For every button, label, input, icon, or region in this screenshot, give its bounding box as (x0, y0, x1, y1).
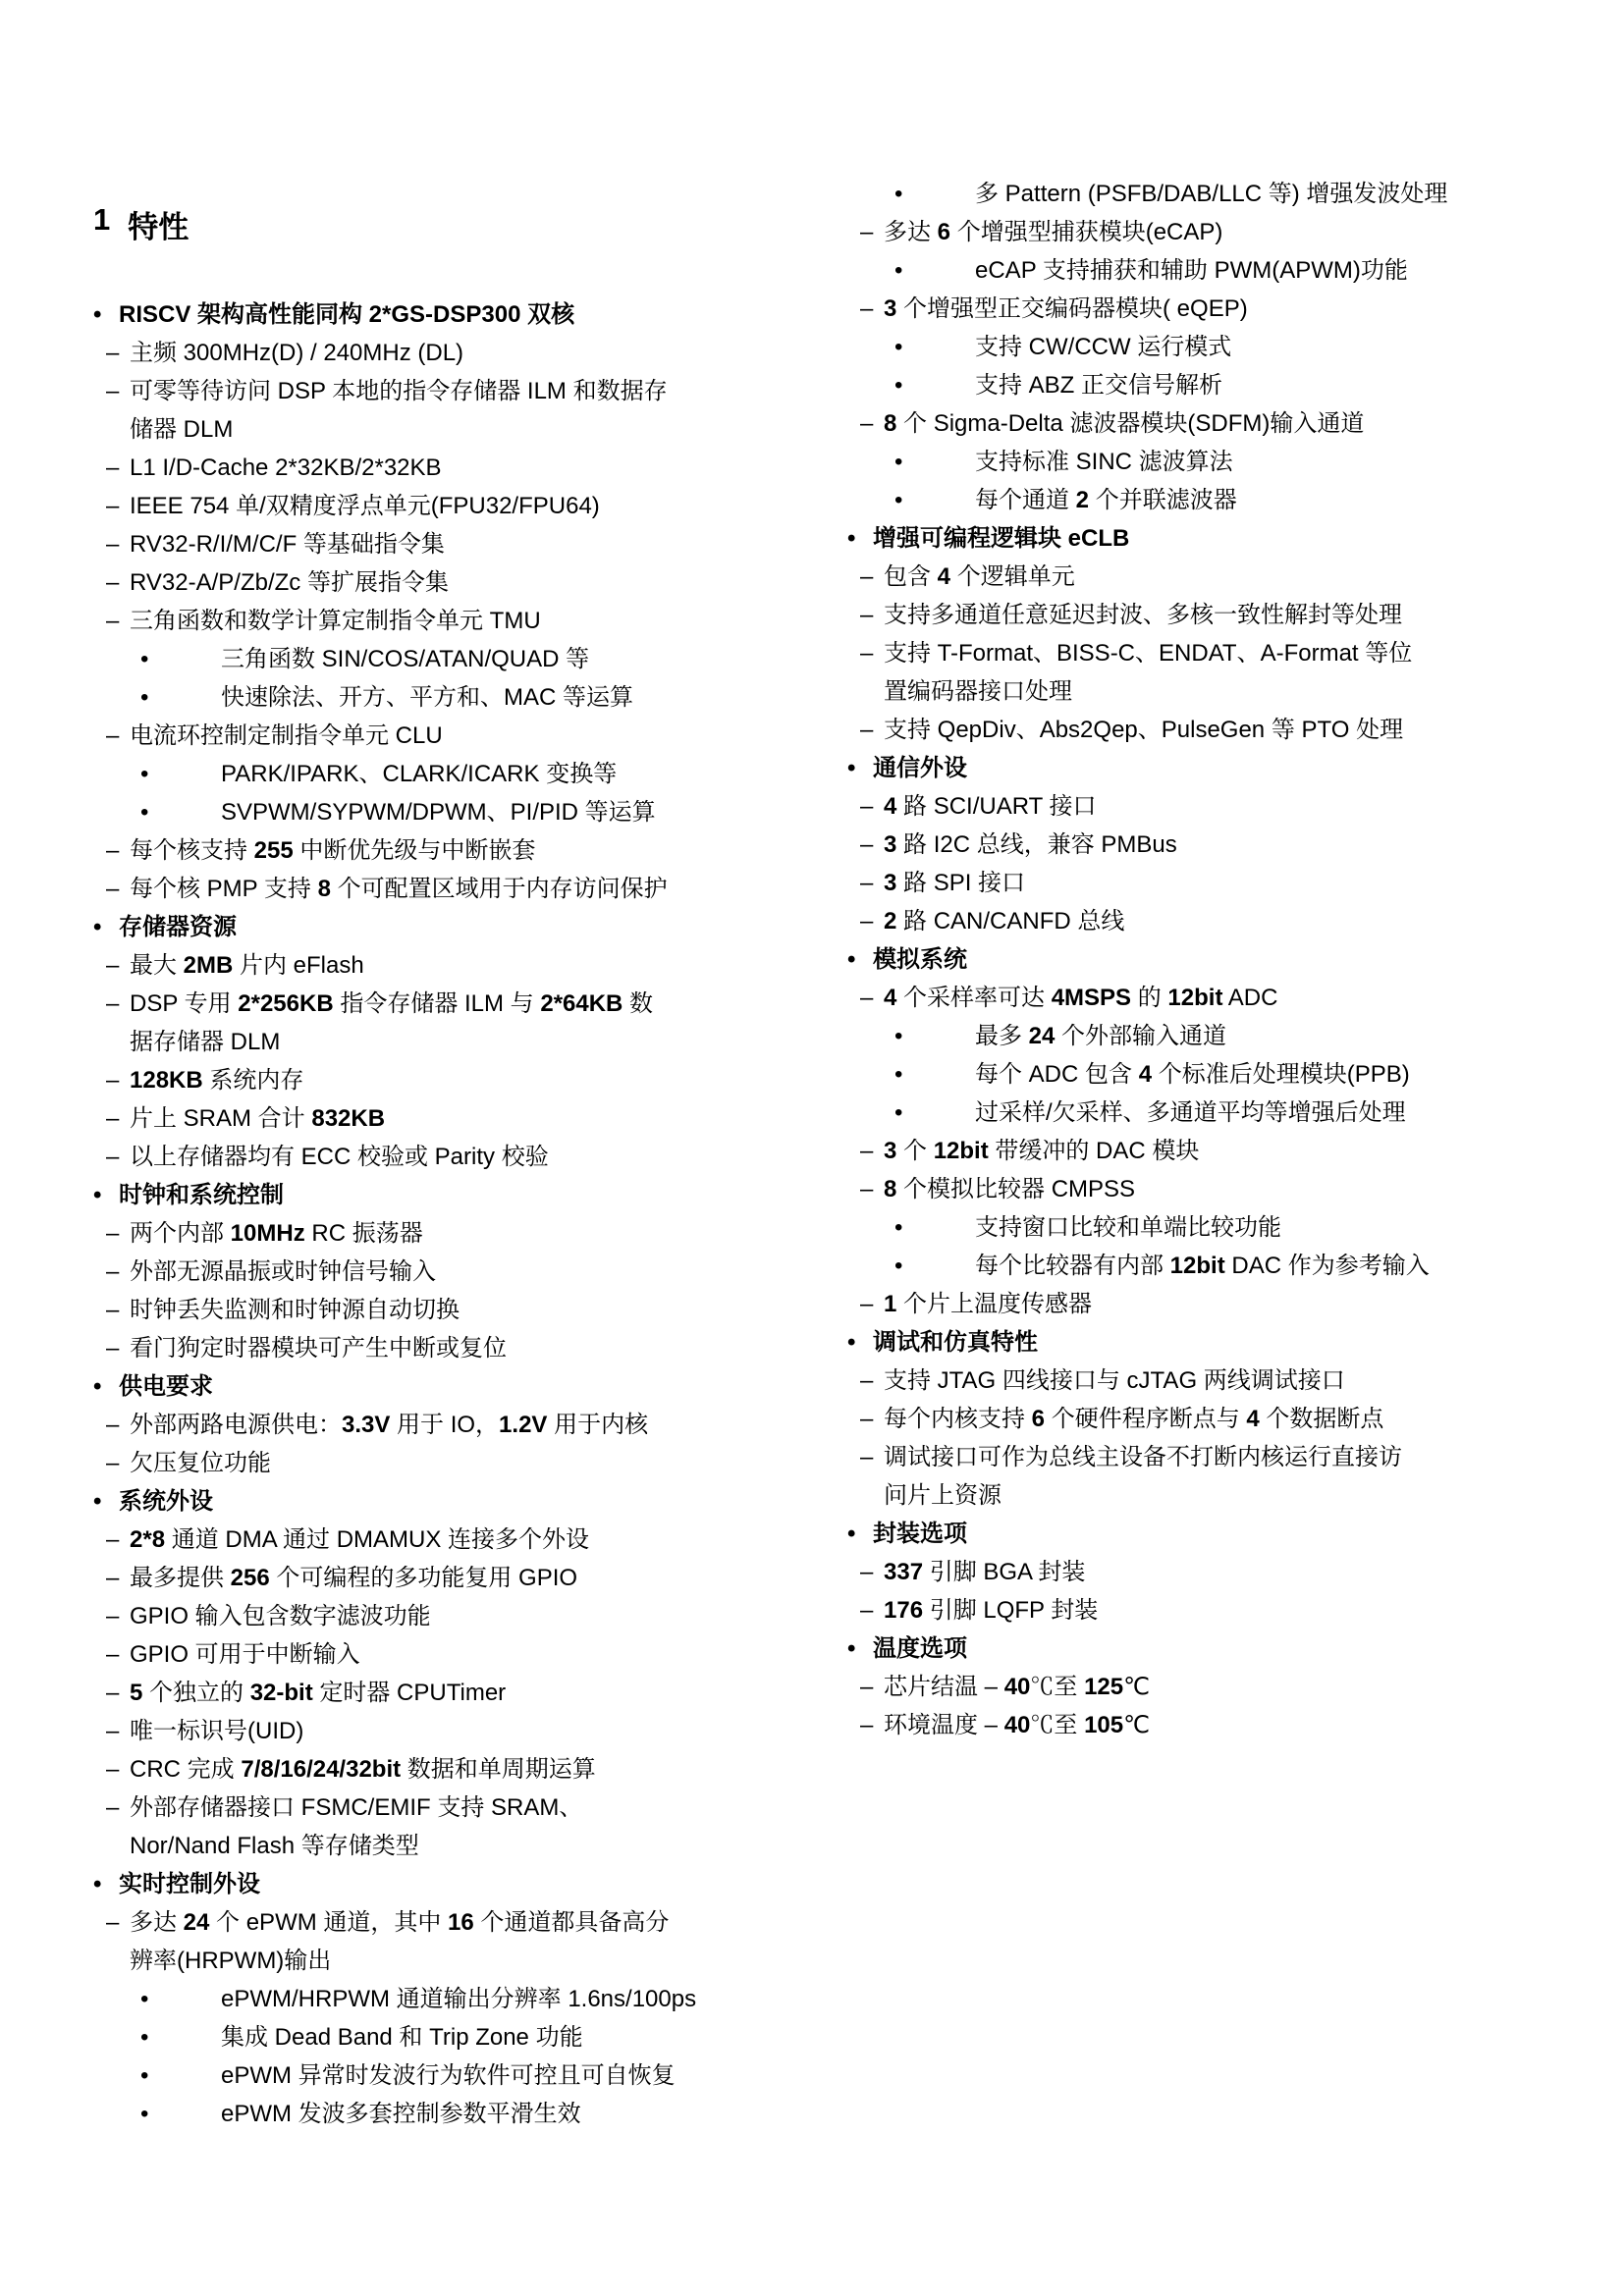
feature-text: RV32-R/I/M/C/F 等基础指令集 (130, 525, 445, 563)
dash-marker: – (106, 1138, 130, 1176)
feature-item: –多达 24 个 ePWM 通道，其中 16 个通道都具备高分 辨率(HRPWM… (93, 1903, 710, 1980)
bullet-marker: • (93, 1482, 119, 1521)
feature-item: –4 个采样率可达 4MSPS 的 12bit ADC (847, 979, 1541, 1017)
feature-item: –可零等待访问 DSP 本地的指令存储器 ILM 和数据存 储器 DLM (93, 372, 710, 449)
bullet-marker: • (847, 749, 873, 787)
feature-item: –337 引脚 BGA 封装 (847, 1553, 1541, 1591)
bullet-marker: • (894, 251, 975, 290)
feature-text: 看门狗定时器模块可产生中断或复位 (130, 1329, 507, 1367)
feature-item: •过采样/欠采样、多通道平均等增强后处理 (847, 1094, 1541, 1132)
feature-item: •支持标准 SINC 滤波算法 (847, 443, 1541, 481)
feature-item: •系统外设 (93, 1482, 710, 1521)
bullet-marker: • (93, 295, 119, 334)
feature-item: •集成 Dead Band 和 Trip Zone 功能 (93, 2018, 710, 2056)
feature-item: –以上存储器均有 ECC 校验或 Parity 校验 (93, 1138, 710, 1176)
feature-item: –两个内部 10MHz RC 振荡器 (93, 1214, 710, 1253)
feature-item: –CRC 完成 7/8/16/24/32bit 数据和单周期运算 (93, 1750, 710, 1789)
dash-marker: – (106, 602, 130, 640)
dash-marker: – (106, 1521, 130, 1559)
dash-marker: – (106, 1635, 130, 1674)
bullet-marker: • (93, 1176, 119, 1214)
feature-text: 模拟系统 (873, 940, 967, 979)
feature-item: –时钟丢失监测和时钟源自动切换 (93, 1291, 710, 1329)
feature-item: –GPIO 可用于中断输入 (93, 1635, 710, 1674)
feature-text: CRC 完成 7/8/16/24/32bit 数据和单周期运算 (130, 1750, 596, 1789)
bullet-marker: • (140, 2095, 221, 2133)
feature-item: •供电要求 (93, 1367, 710, 1406)
feature-text: 包含 4 个逻辑单元 (884, 558, 1075, 596)
dash-marker: – (860, 1132, 884, 1170)
feature-item: •每个 ADC 包含 4 个标准后处理模块(PPB) (847, 1055, 1541, 1094)
feature-text: 片上 SRAM 合计 832KB (130, 1099, 385, 1138)
bullet-marker: • (140, 678, 221, 717)
feature-text: ePWM/HRPWM 通道输出分辨率 1.6ns/100ps (221, 1980, 696, 2018)
feature-item: –支持多通道任意延迟封波、多核一致性解封等处理 (847, 596, 1541, 634)
feature-item: –128KB 系统内存 (93, 1061, 710, 1099)
feature-text: 多达 24 个 ePWM 通道，其中 16 个通道都具备高分 辨率(HRPWM)… (130, 1903, 669, 1980)
feature-item: –每个内核支持 6 个硬件程序断点与 4 个数据断点 (847, 1400, 1541, 1438)
feature-item: –三角函数和数学计算定制指令单元 TMU (93, 602, 710, 640)
dash-marker: – (860, 787, 884, 826)
dash-marker: – (860, 1591, 884, 1629)
dash-marker: – (106, 334, 130, 372)
feature-text: 欠压复位功能 (130, 1444, 271, 1482)
feature-item: •每个通道 2 个并联滤波器 (847, 481, 1541, 519)
feature-text: 最多提供 256 个可编程的多功能复用 GPIO (130, 1559, 577, 1597)
feature-text: 176 引脚 LQFP 封装 (884, 1591, 1098, 1629)
dash-marker: – (106, 1291, 130, 1329)
feature-item: –每个核支持 255 中断优先级与中断嵌套 (93, 831, 710, 870)
feature-text: L1 I/D-Cache 2*32KB/2*32KB (130, 449, 442, 487)
dash-marker: – (860, 558, 884, 596)
feature-text: 支持 CW/CCW 运行模式 (975, 328, 1231, 366)
feature-text: 电流环控制定制指令单元 CLU (130, 717, 443, 755)
feature-text: 每个核支持 255 中断优先级与中断嵌套 (130, 831, 535, 870)
dash-marker: – (106, 1214, 130, 1253)
dash-marker: – (106, 831, 130, 870)
dash-marker: – (106, 563, 130, 602)
feature-text: DSP 专用 2*256KB 指令存储器 ILM 与 2*64KB 数 据存储器… (130, 985, 653, 1061)
feature-item: •时钟和系统控制 (93, 1176, 710, 1214)
feature-text: 3 个增强型正交编码器模块( eQEP) (884, 290, 1248, 328)
feature-text: 3 路 SPI 接口 (884, 864, 1025, 902)
feature-item: –最大 2MB 片内 eFlash (93, 946, 710, 985)
dash-marker: – (860, 1285, 884, 1323)
feature-text: 4 个采样率可达 4MSPS 的 12bit ADC (884, 979, 1277, 1017)
feature-text: 调试接口可作为总线主设备不打断内核运行直接访 问片上资源 (884, 1438, 1402, 1515)
feature-text: 主频 300MHz(D) / 240MHz (DL) (130, 334, 463, 372)
bullet-marker: • (894, 1055, 975, 1094)
feature-text: 支持标准 SINC 滤波算法 (975, 443, 1233, 481)
dash-marker: – (106, 1750, 130, 1789)
dash-marker: – (860, 826, 884, 864)
feature-item: –外部两路电源供电：3.3V 用于 IO，1.2V 用于内核 (93, 1406, 710, 1444)
dash-marker: – (106, 1406, 130, 1444)
section-number: 1 (93, 202, 110, 246)
dash-marker: – (860, 213, 884, 251)
feature-item: –最多提供 256 个可编程的多功能复用 GPIO (93, 1559, 710, 1597)
feature-text: 5 个独立的 32-bit 定时器 CPUTimer (130, 1674, 506, 1712)
feature-text: 快速除法、开方、平方和、MAC 等运算 (221, 678, 633, 717)
feature-text: eCAP 支持捕获和辅助 PWM(APWM)功能 (975, 251, 1408, 290)
feature-item: –3 个 12bit 带缓冲的 DAC 模块 (847, 1132, 1541, 1170)
feature-item: –3 个增强型正交编码器模块( eQEP) (847, 290, 1541, 328)
feature-item: –RV32-A/P/Zb/Zc 等扩展指令集 (93, 563, 710, 602)
feature-text: 时钟和系统控制 (119, 1176, 284, 1214)
dash-marker: – (860, 596, 884, 634)
feature-text: 调试和仿真特性 (873, 1323, 1038, 1362)
feature-item: •多 Pattern (PSFB/DAB/LLC 等) 增强发波处理 (847, 175, 1541, 213)
dash-marker: – (106, 525, 130, 563)
feature-item: –主频 300MHz(D) / 240MHz (DL) (93, 334, 710, 372)
feature-item: –欠压复位功能 (93, 1444, 710, 1482)
feature-item: –包含 4 个逻辑单元 (847, 558, 1541, 596)
bullet-marker: • (894, 366, 975, 404)
feature-item: –看门狗定时器模块可产生中断或复位 (93, 1329, 710, 1367)
bullet-marker: • (894, 1094, 975, 1132)
feature-item: •ePWM/HRPWM 通道输出分辨率 1.6ns/100ps (93, 1980, 710, 2018)
feature-text: 最大 2MB 片内 eFlash (130, 946, 364, 985)
section-title: 特性 (128, 202, 189, 246)
bullet-marker: • (140, 1980, 221, 2018)
dash-marker: – (106, 1444, 130, 1482)
feature-text: 多达 6 个增强型捕获模块(eCAP) (884, 213, 1222, 251)
feature-item: –芯片结温 – 40℃至 125℃ (847, 1668, 1541, 1706)
bullet-marker: • (140, 640, 221, 678)
feature-text: 3 个 12bit 带缓冲的 DAC 模块 (884, 1132, 1199, 1170)
feature-item: –8 个 Sigma-Delta 滤波器模块(SDFM)输入通道 (847, 404, 1541, 443)
feature-item: –3 路 SPI 接口 (847, 864, 1541, 902)
dash-marker: – (860, 979, 884, 1017)
bullet-marker: • (140, 2056, 221, 2095)
feature-item: •通信外设 (847, 749, 1541, 787)
dash-marker: – (860, 864, 884, 902)
bullet-marker: • (140, 2018, 221, 2056)
dash-marker: – (106, 1597, 130, 1635)
feature-item: •温度选项 (847, 1629, 1541, 1668)
bullet-marker: • (847, 1629, 873, 1668)
feature-text: 2 路 CAN/CANFD 总线 (884, 902, 1124, 940)
bullet-marker: • (894, 175, 975, 213)
dash-marker: – (860, 634, 884, 672)
feature-text: 外部存储器接口 FSMC/EMIF 支持 SRAM、 Nor/Nand Flas… (130, 1789, 582, 1865)
features-column-left: •RISCV 架构高性能同构 2*GS-DSP300 双核–主频 300MHz(… (93, 295, 710, 2133)
feature-text: 外部无源晶振或时钟信号输入 (130, 1253, 436, 1291)
bullet-marker: • (140, 755, 221, 793)
feature-item: •支持 CW/CCW 运行模式 (847, 328, 1541, 366)
feature-text: 8 个 Sigma-Delta 滤波器模块(SDFM)输入通道 (884, 404, 1364, 443)
features-column-right: •多 Pattern (PSFB/DAB/LLC 等) 增强发波处理–多达 6 … (847, 175, 1541, 1744)
feature-text: 3 路 I2C 总线，兼容 PMBus (884, 826, 1177, 864)
feature-item: –每个核 PMP 支持 8 个可配置区域用于内存访问保护 (93, 870, 710, 908)
dash-marker: – (860, 1668, 884, 1706)
feature-text: 最多 24 个外部输入通道 (975, 1017, 1226, 1055)
feature-text: 每个比较器有内部 12bit DAC 作为参考输入 (975, 1247, 1430, 1285)
feature-text: 2*8 通道 DMA 通过 DMAMUX 连接多个外设 (130, 1521, 589, 1559)
feature-text: 支持窗口比较和单端比较功能 (975, 1208, 1281, 1247)
dash-marker: – (106, 1253, 130, 1291)
feature-item: •SVPWM/SYPWM/DPWM、PI/PID 等运算 (93, 793, 710, 831)
feature-text: 增强可编程逻辑块 eCLB (873, 519, 1129, 558)
feature-text: GPIO 可用于中断输入 (130, 1635, 360, 1674)
feature-item: –IEEE 754 单/双精度浮点单元(FPU32/FPU64) (93, 487, 710, 525)
bullet-marker: • (847, 1515, 873, 1553)
bullet-marker: • (93, 1865, 119, 1903)
feature-item: –支持 JTAG 四线接口与 cJTAG 两线调试接口 (847, 1362, 1541, 1400)
bullet-marker: • (894, 1247, 975, 1285)
feature-item: •RISCV 架构高性能同构 2*GS-DSP300 双核 (93, 295, 710, 334)
feature-item: –调试接口可作为总线主设备不打断内核运行直接访 问片上资源 (847, 1438, 1541, 1515)
feature-text: 8 个模拟比较器 CMPSS (884, 1170, 1135, 1208)
dash-marker: – (106, 1061, 130, 1099)
bullet-marker: • (894, 481, 975, 519)
feature-text: 集成 Dead Band 和 Trip Zone 功能 (221, 2018, 583, 2056)
feature-text: 支持 JTAG 四线接口与 cJTAG 两线调试接口 (884, 1362, 1345, 1400)
dash-marker: – (106, 1712, 130, 1750)
dash-marker: – (106, 1099, 130, 1138)
feature-item: –外部存储器接口 FSMC/EMIF 支持 SRAM、 Nor/Nand Fla… (93, 1789, 710, 1865)
feature-item: –4 路 SCI/UART 接口 (847, 787, 1541, 826)
feature-text: 存储器资源 (119, 908, 237, 946)
feature-text: IEEE 754 单/双精度浮点单元(FPU32/FPU64) (130, 487, 600, 525)
feature-text: 每个通道 2 个并联滤波器 (975, 481, 1237, 519)
feature-text: RISCV 架构高性能同构 2*GS-DSP300 双核 (119, 295, 574, 334)
feature-item: –支持 QepDiv、Abs2Qep、PulseGen 等 PTO 处理 (847, 711, 1541, 749)
feature-item: •支持窗口比较和单端比较功能 (847, 1208, 1541, 1247)
feature-text: ePWM 发波多套控制参数平滑生效 (221, 2095, 581, 2133)
dash-marker: – (106, 946, 130, 985)
bullet-marker: • (140, 793, 221, 831)
dash-marker: – (860, 902, 884, 940)
feature-text: 支持 T-Format、BISS-C、ENDAT、A-Format 等位 置编码… (884, 634, 1412, 711)
feature-text: SVPWM/SYPWM/DPWM、PI/PID 等运算 (221, 793, 656, 831)
feature-item: –片上 SRAM 合计 832KB (93, 1099, 710, 1138)
dash-marker: – (860, 1706, 884, 1744)
feature-item: •存储器资源 (93, 908, 710, 946)
feature-item: •ePWM 发波多套控制参数平滑生效 (93, 2095, 710, 2133)
feature-text: 支持 QepDiv、Abs2Qep、PulseGen 等 PTO 处理 (884, 711, 1403, 749)
feature-item: •三角函数 SIN/COS/ATAN/QUAD 等 (93, 640, 710, 678)
dash-marker: – (106, 1559, 130, 1597)
feature-item: –2 路 CAN/CANFD 总线 (847, 902, 1541, 940)
feature-text: 可零等待访问 DSP 本地的指令存储器 ILM 和数据存 储器 DLM (130, 372, 668, 449)
feature-text: 1 个片上温度传感器 (884, 1285, 1092, 1323)
dash-marker: – (106, 1903, 130, 1942)
dash-marker: – (106, 1329, 130, 1367)
feature-text: 每个内核支持 6 个硬件程序断点与 4 个数据断点 (884, 1400, 1383, 1438)
feature-text: 两个内部 10MHz RC 振荡器 (130, 1214, 423, 1253)
feature-item: –环境温度 – 40℃至 105℃ (847, 1706, 1541, 1744)
feature-item: –L1 I/D-Cache 2*32KB/2*32KB (93, 449, 710, 487)
feature-item: –5 个独立的 32-bit 定时器 CPUTimer (93, 1674, 710, 1712)
feature-text: GPIO 输入包含数字滤波功能 (130, 1597, 431, 1635)
feature-text: 每个核 PMP 支持 8 个可配置区域用于内存访问保护 (130, 870, 668, 908)
feature-item: –外部无源晶振或时钟信号输入 (93, 1253, 710, 1291)
feature-item: –1 个片上温度传感器 (847, 1285, 1541, 1323)
section-heading: 1 特性 (93, 202, 189, 246)
feature-text: 芯片结温 – 40℃至 125℃ (884, 1668, 1150, 1706)
feature-text: PARK/IPARK、CLARK/ICARK 变换等 (221, 755, 617, 793)
feature-item: •支持 ABZ 正交信号解析 (847, 366, 1541, 404)
dash-marker: – (106, 372, 130, 410)
bullet-marker: • (847, 1323, 873, 1362)
feature-text: 供电要求 (119, 1367, 213, 1406)
feature-text: 三角函数和数学计算定制指令单元 TMU (130, 602, 541, 640)
dash-marker: – (106, 985, 130, 1023)
feature-item: •实时控制外设 (93, 1865, 710, 1903)
feature-text: ePWM 异常时发波行为软件可控且可自恢复 (221, 2056, 676, 2095)
bullet-marker: • (894, 1208, 975, 1247)
feature-item: –唯一标识号(UID) (93, 1712, 710, 1750)
dash-marker: – (860, 711, 884, 749)
feature-item: •模拟系统 (847, 940, 1541, 979)
feature-item: –电流环控制定制指令单元 CLU (93, 717, 710, 755)
feature-text: 封装选项 (873, 1515, 967, 1553)
feature-item: •eCAP 支持捕获和辅助 PWM(APWM)功能 (847, 251, 1541, 290)
bullet-marker: • (894, 443, 975, 481)
feature-item: –支持 T-Format、BISS-C、ENDAT、A-Format 等位 置编… (847, 634, 1541, 711)
feature-text: 时钟丢失监测和时钟源自动切换 (130, 1291, 460, 1329)
feature-text: 通信外设 (873, 749, 967, 787)
feature-item: •每个比较器有内部 12bit DAC 作为参考输入 (847, 1247, 1541, 1285)
datasheet-page: 1 特性 •RISCV 架构高性能同构 2*GS-DSP300 双核–主频 30… (0, 0, 1624, 2296)
feature-item: –8 个模拟比较器 CMPSS (847, 1170, 1541, 1208)
dash-marker: – (860, 1400, 884, 1438)
feature-text: 337 引脚 BGA 封装 (884, 1553, 1085, 1591)
feature-text: 外部两路电源供电：3.3V 用于 IO，1.2V 用于内核 (130, 1406, 648, 1444)
bullet-marker: • (93, 1367, 119, 1406)
feature-item: •PARK/IPARK、CLARK/ICARK 变换等 (93, 755, 710, 793)
feature-text: 实时控制外设 (119, 1865, 260, 1903)
bullet-marker: • (894, 1017, 975, 1055)
dash-marker: – (860, 1362, 884, 1400)
feature-item: •快速除法、开方、平方和、MAC 等运算 (93, 678, 710, 717)
feature-text: 4 路 SCI/UART 接口 (884, 787, 1097, 826)
feature-text: 以上存储器均有 ECC 校验或 Parity 校验 (130, 1138, 549, 1176)
feature-text: 唯一标识号(UID) (130, 1712, 303, 1750)
feature-item: •封装选项 (847, 1515, 1541, 1553)
dash-marker: – (860, 404, 884, 443)
feature-item: –GPIO 输入包含数字滤波功能 (93, 1597, 710, 1635)
feature-item: –2*8 通道 DMA 通过 DMAMUX 连接多个外设 (93, 1521, 710, 1559)
feature-item: –176 引脚 LQFP 封装 (847, 1591, 1541, 1629)
dash-marker: – (860, 1553, 884, 1591)
feature-item: –3 路 I2C 总线，兼容 PMBus (847, 826, 1541, 864)
feature-text: 环境温度 – 40℃至 105℃ (884, 1706, 1150, 1744)
feature-text: 三角函数 SIN/COS/ATAN/QUAD 等 (221, 640, 589, 678)
feature-text: RV32-A/P/Zb/Zc 等扩展指令集 (130, 563, 449, 602)
feature-item: •调试和仿真特性 (847, 1323, 1541, 1362)
dash-marker: – (106, 1674, 130, 1712)
feature-item: –多达 6 个增强型捕获模块(eCAP) (847, 213, 1541, 251)
dash-marker: – (106, 870, 130, 908)
feature-text: 多 Pattern (PSFB/DAB/LLC 等) 增强发波处理 (975, 175, 1447, 213)
feature-text: 每个 ADC 包含 4 个标准后处理模块(PPB) (975, 1055, 1410, 1094)
bullet-marker: • (847, 940, 873, 979)
feature-item: –DSP 专用 2*256KB 指令存储器 ILM 与 2*64KB 数 据存储… (93, 985, 710, 1061)
dash-marker: – (860, 1438, 884, 1476)
dash-marker: – (106, 487, 130, 525)
bullet-marker: • (847, 519, 873, 558)
feature-item: •最多 24 个外部输入通道 (847, 1017, 1541, 1055)
dash-marker: – (106, 1789, 130, 1827)
bullet-marker: • (93, 908, 119, 946)
feature-text: 系统外设 (119, 1482, 213, 1521)
dash-marker: – (106, 449, 130, 487)
feature-text: 128KB 系统内存 (130, 1061, 303, 1099)
feature-text: 过采样/欠采样、多通道平均等增强后处理 (975, 1094, 1406, 1132)
feature-text: 支持多通道任意延迟封波、多核一致性解封等处理 (884, 596, 1402, 634)
dash-marker: – (860, 290, 884, 328)
bullet-marker: • (894, 328, 975, 366)
feature-item: –RV32-R/I/M/C/F 等基础指令集 (93, 525, 710, 563)
dash-marker: – (860, 1170, 884, 1208)
feature-text: 支持 ABZ 正交信号解析 (975, 366, 1222, 404)
feature-item: •ePWM 异常时发波行为软件可控且可自恢复 (93, 2056, 710, 2095)
dash-marker: – (106, 717, 130, 755)
feature-item: •增强可编程逻辑块 eCLB (847, 519, 1541, 558)
feature-text: 温度选项 (873, 1629, 967, 1668)
